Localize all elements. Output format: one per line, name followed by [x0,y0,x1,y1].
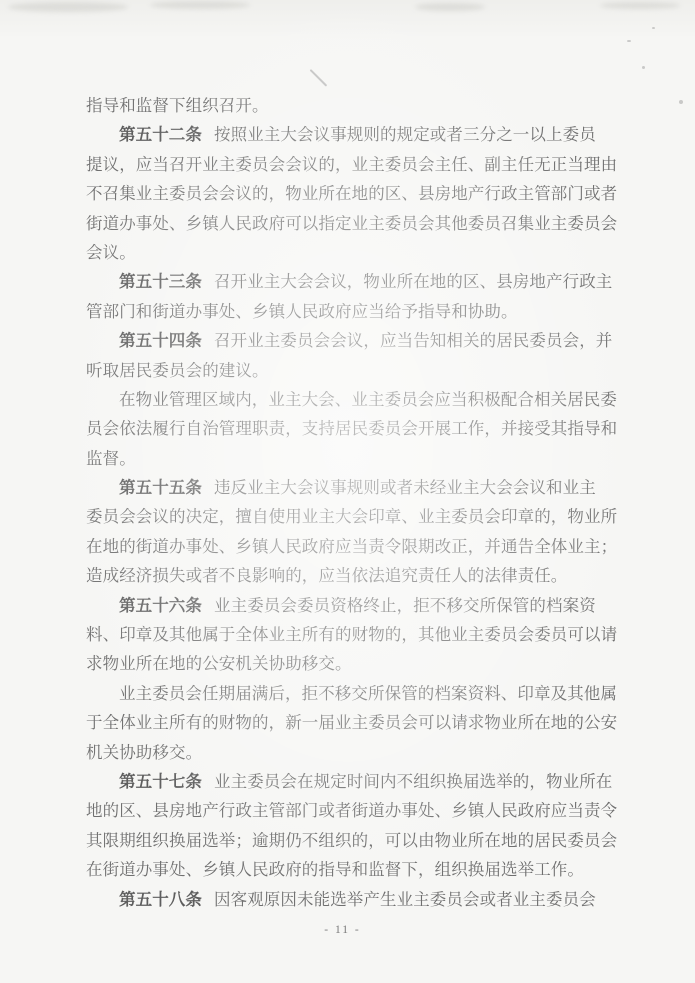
line-text: 不召集业主委员会会议的，物业所在地的区、县房地产行政主管部门或者 [86,184,617,203]
line-text: 监督。 [86,449,136,468]
text-line: 员会依法履行自治管理职责，支持居民委员会开展工作，并接受其指导和 [86,414,620,443]
scan-speck [679,100,683,104]
line-text: 在地的街道办事处、乡镇人民政府应当责令限期改正，并通告全体业主； [86,537,617,556]
text-line: 提议，应当召开业主委员会会议的，业主委员会主任、副主任无正当理由 [86,150,620,179]
line-text: 员会依法履行自治管理职责，支持居民委员会开展工作，并接受其指导和 [86,419,617,438]
text-line: 第五十六条业主委员会委员资格终止，拒不移交所保管的档案资 [86,591,620,620]
scan-smudge [8,2,128,12]
line-text: 在物业管理区域内，业主大会、业主委员会应当积极配合相关居民委 [119,390,617,409]
line-text: 其限期组织换届选举；逾期仍不组织的，可以由物业所在地的居民委员会 [86,831,617,850]
text-line: 管部门和街道办事处、乡镇人民政府应当给予指导和协助。 [86,297,620,326]
text-line: 造成经济损失或者不良影响的，应当依法追究责任人的法律责任。 [86,561,620,590]
line-text: 委员会会议的决定，擅自使用业主大会印章、业主委员会印章的，物业所 [86,507,617,526]
line-text: 机关协助移交。 [86,743,202,762]
text-line: 不召集业主委员会会议的，物业所在地的区、县房地产行政主管部门或者 [86,179,620,208]
text-line: 于全体业主所有的财物的，新一届业主委员会可以请求物业所在地的公安 [86,708,620,737]
line-text: 召开业主大会会议，物业所在地的区、县房地产行政主 [214,272,612,291]
text-line: 听取居民委员会的建议。 [86,356,620,385]
text-line: 指导和监督下组织召开。 [86,91,620,120]
scan-speck [627,40,631,42]
text-line: 委员会会议的决定，擅自使用业主大会印章、业主委员会印章的，物业所 [86,502,620,531]
line-text: 违反业主大会议事规则或者未经业主大会会议和业主 [214,478,596,497]
page-number: - 11 - [0,924,685,936]
line-text: 求物业所在地的公安机关协助移交。 [86,654,352,673]
text-line: 料、印章及其他属于全体业主所有的财物的，其他业主委员会委员可以请 [86,620,620,649]
text-line: 业主委员会任期届满后，拒不移交所保管的档案资料、印章及其他属 [86,679,620,708]
line-text: 地的区、县房地产行政主管部门或者街道办事处、乡镇人民政府应当责令 [86,801,617,820]
scanned-document-page: 指导和监督下组织召开。 第五十二条按照业主大会议事规则的规定或者三分之一以上委员… [0,0,695,983]
line-text: 业主委员会任期届满后，拒不移交所保管的档案资料、印章及其他属 [119,684,617,703]
line-text: 业主委员会委员资格终止，拒不移交所保管的档案资 [214,596,596,615]
text-line: 会议。 [86,238,620,267]
text-line: 第五十七条业主委员会在规定时间内不组织换届选举的，物业所在 [86,767,620,796]
text-line: 求物业所在地的公安机关协助移交。 [86,649,620,678]
scan-speck [652,27,655,29]
text-line: 地的区、县房地产行政主管部门或者街道办事处、乡镇人民政府应当责令 [86,796,620,825]
article-number: 第五十三条 [119,272,202,291]
document-text-block: 指导和监督下组织召开。 第五十二条按照业主大会议事规则的规定或者三分之一以上委员… [86,91,620,914]
scan-smudge [415,3,485,11]
text-line: 在物业管理区域内，业主大会、业主委员会应当积极配合相关居民委 [86,385,620,414]
text-line: 第五十三条召开业主大会会议，物业所在地的区、县房地产行政主 [86,267,620,296]
line-text: 会议。 [86,243,136,262]
text-line: 在地的街道办事处、乡镇人民政府应当责令限期改正，并通告全体业主； [86,532,620,561]
line-text: 造成经济损失或者不良影响的，应当依法追究责任人的法律责任。 [86,566,567,585]
line-text: 指导和监督下组织召开。 [86,96,269,115]
text-line: 第五十四条召开业主委员会会议，应当告知相关的居民委员会，并 [86,326,620,355]
text-line: 第五十八条因客观原因未能选举产生业主委员会或者业主委员会 [86,885,620,914]
scan-smudge [150,1,250,9]
line-text: 业主委员会在规定时间内不组织换届选举的，物业所在 [214,772,612,791]
text-line: 其限期组织换届选举；逾期仍不组织的，可以由物业所在地的居民委员会 [86,826,620,855]
scan-scratch-artifact [310,69,327,86]
line-text: 按照业主大会议事规则的规定或者三分之一以上委员 [214,125,596,144]
text-line: 第五十二条按照业主大会议事规则的规定或者三分之一以上委员 [86,120,620,149]
article-number: 第五十二条 [119,125,202,144]
article-number: 第五十六条 [119,596,202,615]
article-number: 第五十八条 [119,890,202,909]
article-number: 第五十五条 [119,478,202,497]
text-line: 第五十五条违反业主大会议事规则或者未经业主大会会议和业主 [86,473,620,502]
text-line: 在街道办事处、乡镇人民政府的指导和监督下，组织换届选举工作。 [86,855,620,884]
text-line: 监督。 [86,444,620,473]
line-text: 听取居民委员会的建议。 [86,361,269,380]
line-text: 因客观原因未能选举产生业主委员会或者业主委员会 [214,890,596,909]
line-text: 在街道办事处、乡镇人民政府的指导和监督下，组织换届选举工作。 [86,860,584,879]
article-number: 第五十四条 [119,331,202,350]
line-text: 料、印章及其他属于全体业主所有的财物的，其他业主委员会委员可以请 [86,625,617,644]
line-text: 街道办事处、乡镇人民政府可以指定业主委员会其他委员召集业主委员会 [86,214,617,233]
text-line: 街道办事处、乡镇人民政府可以指定业主委员会其他委员召集业主委员会 [86,209,620,238]
line-text: 管部门和街道办事处、乡镇人民政府应当给予指导和协助。 [86,302,518,321]
text-line: 机关协助移交。 [86,738,620,767]
article-number: 第五十七条 [119,772,202,791]
scan-speck [642,66,645,69]
line-text: 于全体业主所有的财物的，新一届业主委员会可以请求物业所在地的公安 [86,713,617,732]
line-text: 提议，应当召开业主委员会会议的，业主委员会主任、副主任无正当理由 [86,155,617,174]
scan-smudge [600,2,680,9]
line-text: 召开业主委员会会议，应当告知相关的居民委员会，并 [214,331,612,350]
